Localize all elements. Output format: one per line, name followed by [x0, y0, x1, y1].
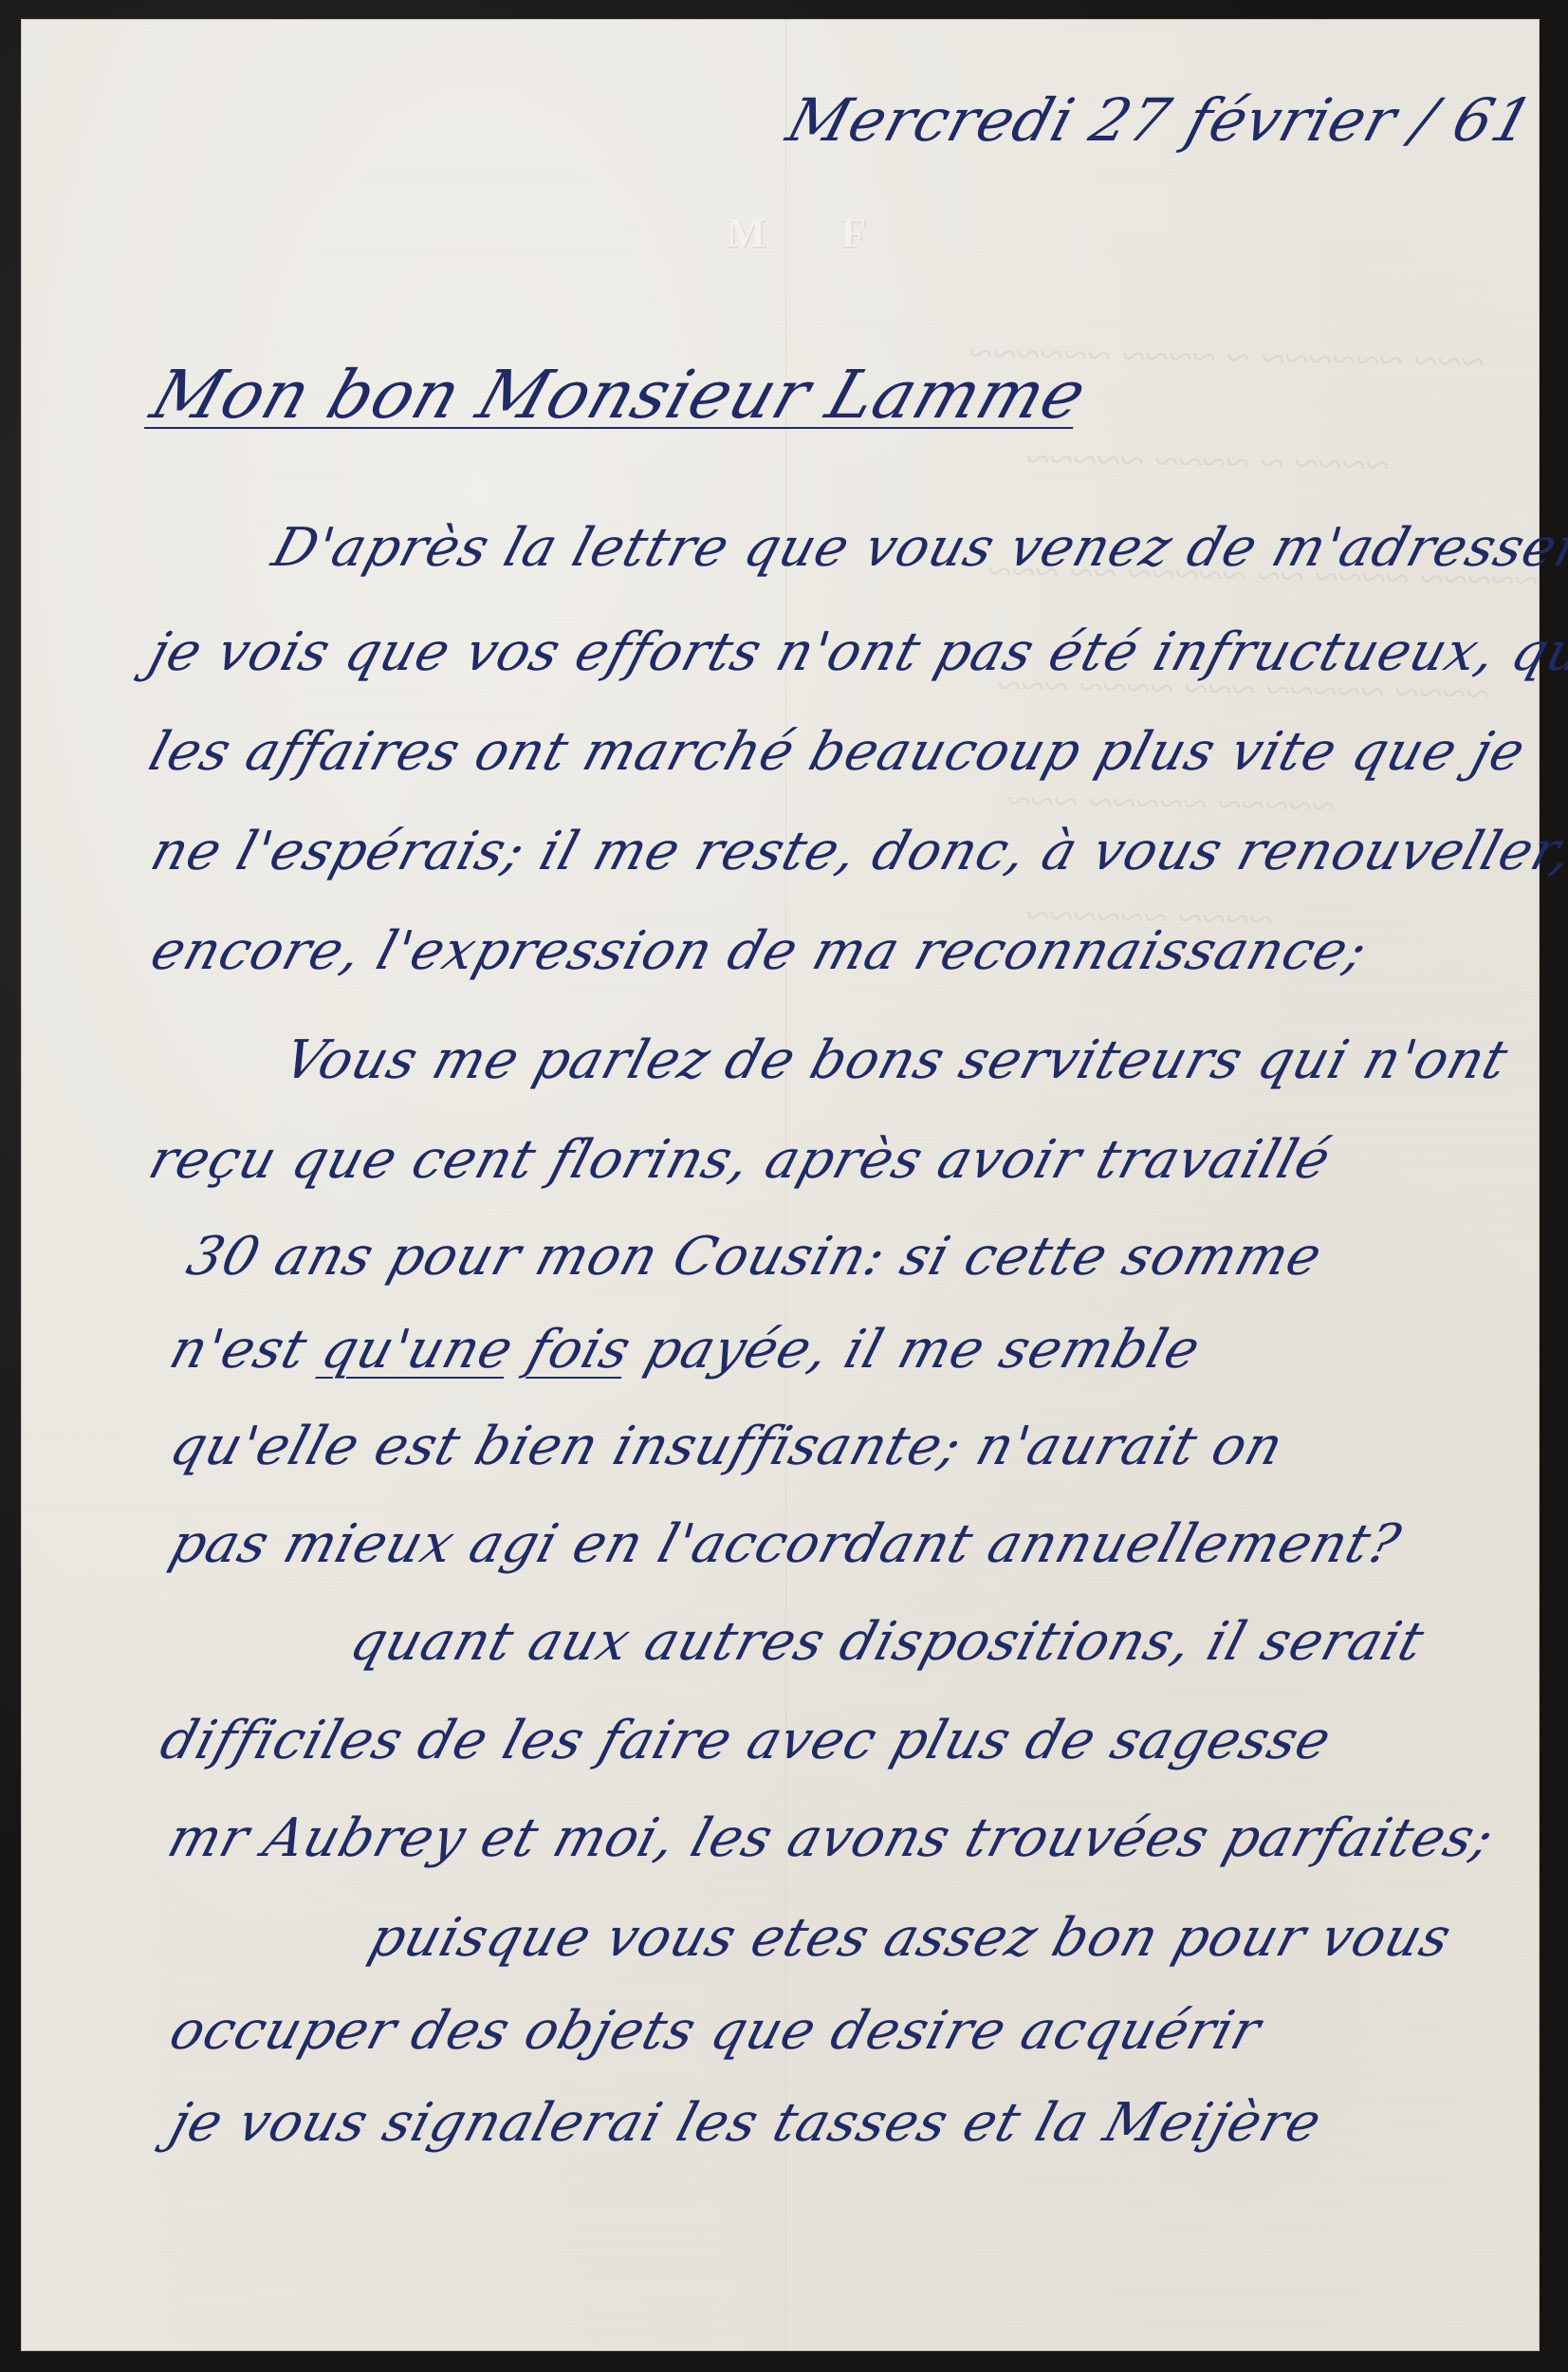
- letter-line-1: D'après la lettre que vous venez de m'ad…: [266, 517, 1568, 579]
- letter-line-14: mr Aubrey et moi, les avons trouvées par…: [161, 1807, 1502, 1869]
- letter-page: M F ~~~ ~~~~~~ ~ ~~~~ ~~~~~~ ~~~~ ~ ~~~~…: [21, 19, 1540, 2351]
- letter-line-11: pas mieux agi en l'accordant annuellemen…: [163, 1513, 1408, 1575]
- letter-line-13: difficiles de les faire avec plus de sag…: [154, 1710, 1338, 1771]
- letter-line-15: puisque vous etes assez bon pour vous: [362, 1907, 1458, 1969]
- letter-line-3: les affaires ont marché beaucoup plus vi…: [142, 721, 1532, 783]
- letter-line-4: ne l'espérais; il me reste, donc, à vous…: [144, 821, 1568, 882]
- letter-line-6: Vous me parlez de bons serviteurs qui n'…: [277, 1029, 1515, 1091]
- letter-line-5: encore, l'expression de ma reconnaissanc…: [144, 920, 1374, 982]
- line-9-part-a: n'est: [163, 1319, 332, 1381]
- letter-line-2: je vois que vos efforts n'ont pas été in…: [142, 621, 1568, 683]
- letter-line-10: qu'elle est bien insuffisante; n'aurait …: [163, 1416, 1291, 1477]
- underlined-word: fois: [521, 1319, 638, 1381]
- letter-line-17: je vous signalerai les tasses et la Meij…: [163, 2092, 1329, 2154]
- letter-line-9: n'est qu'une fois payée, il me semble: [163, 1319, 1208, 1381]
- underlined-word: une: [400, 1319, 521, 1381]
- show-through-text: ~~~~ ~ ~~~~ ~~~~~: [1026, 434, 1391, 491]
- letter-line-7: reçu que cent florins, après avoir trava…: [142, 1129, 1337, 1191]
- letter-line-8: 30 ans pour mon Cousin: si cette somme: [180, 1226, 1329, 1288]
- letter-date: Mercredi 27 février / 61: [780, 85, 1541, 155]
- letter-salutation: Mon bon Monsieur Lamme: [142, 356, 1097, 434]
- line-9-part-b: payée, il me semble: [620, 1319, 1208, 1381]
- embossed-monogram: M F: [727, 209, 898, 257]
- letter-line-16: occuper des objets que desire acquérir: [163, 2000, 1268, 2062]
- salutation-text: Mon bon Monsieur Lamme: [142, 356, 1097, 434]
- letter-line-12: quant aux autres dispositions, il serait: [343, 1611, 1431, 1673]
